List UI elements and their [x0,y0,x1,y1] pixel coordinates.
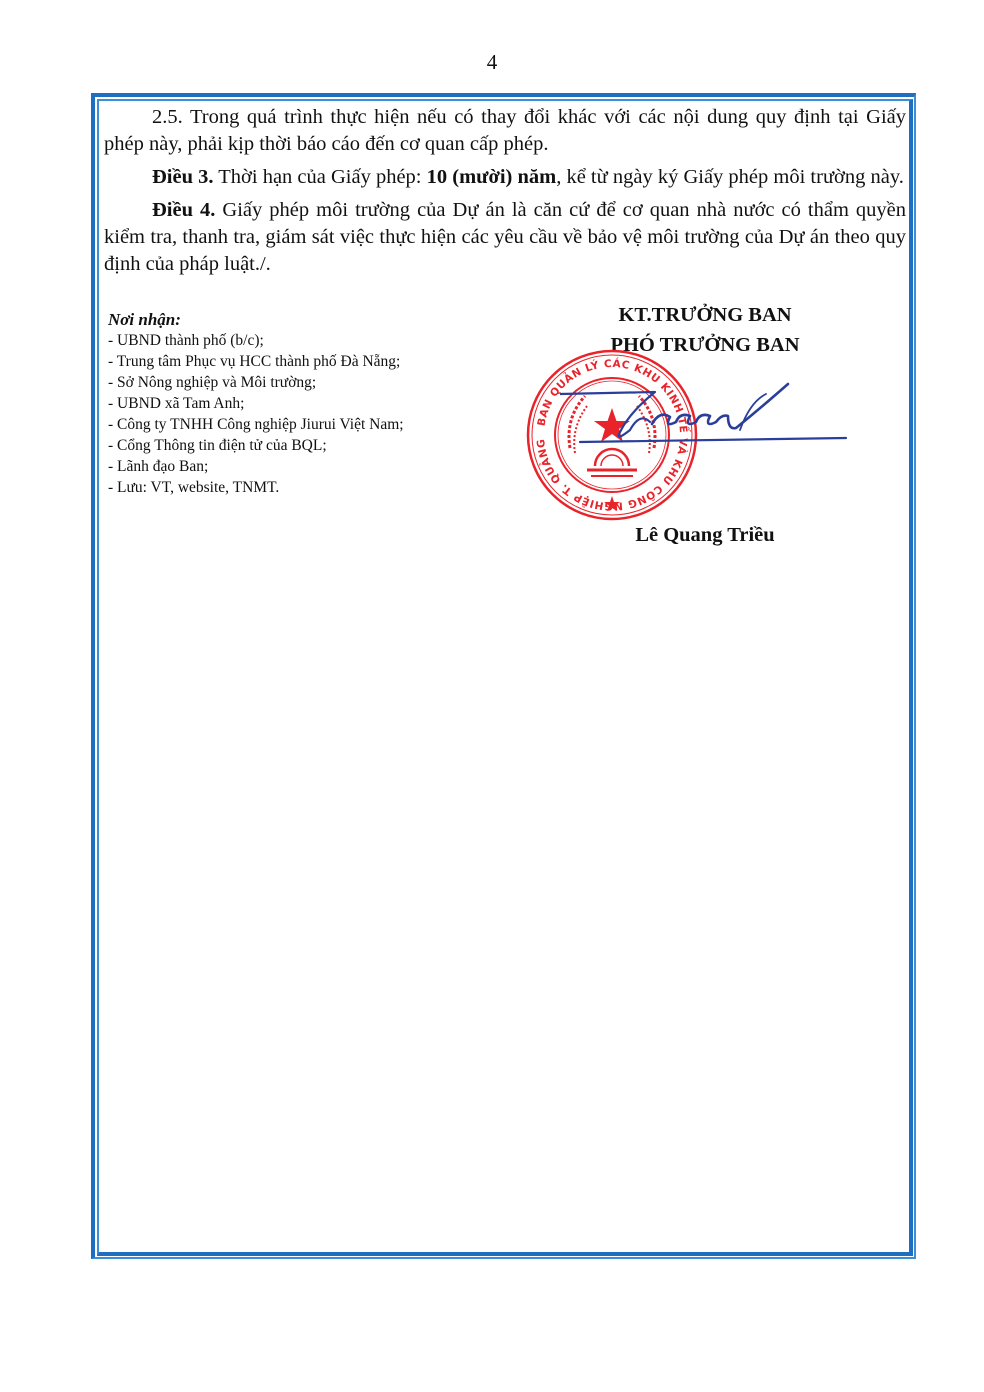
paragraph-2-5: 2.5. Trong quá trình thực hiện nếu có th… [104,104,906,158]
text-run: Giấy phép môi trường của Dự án là căn cứ… [104,199,906,275]
recipient-item: - UBND xã Tam Anh; [108,393,508,414]
recipient-item: - Lãnh đạo Ban; [108,456,508,477]
paragraph-dieu-4: Điều 4. Giấy phép môi trường của Dự án l… [104,197,906,278]
text-run: 2.5. Trong quá trình thực hiện nếu có th… [104,106,906,155]
bold-run: 10 (mười) năm [427,166,557,188]
recipient-item: - Cổng Thông tin điện tử của BQL; [108,435,508,456]
recipient-item: - UBND thành phố (b/c); [108,330,508,351]
bold-run: Điều 3. [152,166,214,188]
signer-name: Lê Quang Triều [540,520,870,550]
text-run: , kể từ ngày ký Giấy phép môi trường này… [556,166,904,188]
page-number: 4 [0,50,984,74]
recipient-item: - Công ty TNHH Công nghiệp Jiurui Việt N… [108,414,508,435]
recipients-block: Nơi nhận: - UBND thành phố (b/c); - Trun… [108,309,508,498]
bold-run: Điều 4. [152,199,215,221]
signature-icon [560,372,860,467]
paragraph-dieu-3: Điều 3. Thời hạn của Giấy phép: 10 (mười… [104,164,906,191]
recipient-item: - Trung tâm Phục vụ HCC thành phố Đà Nẵn… [108,351,508,372]
recipients-label: Nơi nhận: [108,309,508,330]
document-body: 2.5. Trong quá trình thực hiện nếu có th… [104,104,906,284]
recipients-list: - UBND thành phố (b/c); - Trung tâm Phục… [108,330,508,498]
recipient-item: - Lưu: VT, website, TNMT. [108,477,508,498]
text-run: Thời hạn của Giấy phép: [214,166,427,188]
signer-title-line1: KT.TRƯỞNG BAN [540,300,870,330]
recipient-item: - Sở Nông nghiệp và Môi trường; [108,372,508,393]
